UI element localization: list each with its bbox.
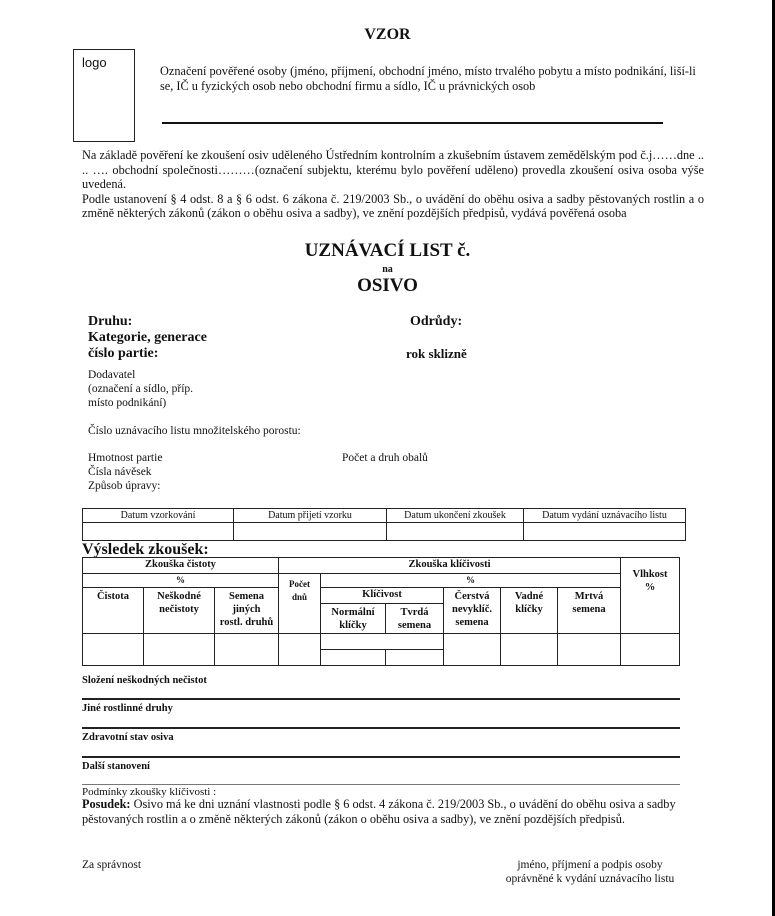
field-druhu[interactable]: Druhu: (88, 314, 132, 330)
neskodne-header: Neškodné nečistoty (144, 588, 215, 634)
signature-label-2: oprávněné k vydání uznávacího listu (470, 872, 710, 886)
vlhkost-header: Vlhkost % (621, 558, 680, 634)
tvrda-header: Tvrdá semena (386, 604, 444, 634)
field-pocet-obalu[interactable]: Počet a druh obalů (342, 451, 428, 465)
value-neskodne[interactable] (144, 634, 215, 666)
cerstva-label-3: semena (444, 616, 500, 629)
intro-paragraph-1: Na základě pověření ke zkoušení osiv udě… (82, 148, 704, 192)
section-zdravotni-stav: Zdravotní stav osiva (82, 732, 174, 743)
field-dodavatel[interactable]: Dodavatel (označení a sídlo, příp. místo… (88, 368, 193, 410)
value-cerstva[interactable] (444, 634, 501, 666)
header-datum-ukonceni: Datum ukončení zkoušek (387, 509, 524, 523)
pocet-label: Počet (279, 578, 320, 591)
semena-jinych-header: Semena jiných rostl. druhů (215, 588, 279, 634)
value-vlhkost[interactable] (621, 634, 680, 666)
logo-placeholder: logo (73, 49, 135, 142)
results-table: Zkouška čistoty Zkouška klíčivosti Vlhko… (82, 557, 680, 666)
document-title: UZNÁVACÍ LIST č. (0, 240, 775, 262)
value-klicivost[interactable] (321, 634, 444, 650)
za-spravnost-label: Za správnost (82, 859, 141, 871)
value-normalni[interactable] (321, 650, 386, 666)
vadne-label-1: Vadné (501, 590, 557, 603)
issuer-designation: Označení pověřené osoby (jméno, příjmení… (160, 64, 700, 94)
pocet-dnu-header: Počet dnů (279, 574, 321, 634)
germination-group-header: Zkouška klíčivosti (279, 558, 621, 574)
field-kategorie[interactable]: Kategorie, generace (88, 330, 207, 346)
posudek-text: Posudek: Osivo má ke dni uznání vlastnos… (82, 797, 682, 827)
document-title-na: na (0, 264, 775, 275)
header-datum-vzorkovani: Datum vzorkování (83, 509, 234, 523)
signature-block[interactable]: jméno, příjmení a podpis osoby oprávněné… (470, 858, 710, 886)
field-cislo-partie[interactable]: číslo partie: (88, 346, 158, 362)
signature-label-1: jméno, příjmení a podpis osoby (470, 858, 710, 872)
logo-label: logo (82, 55, 107, 70)
tvrda-label-2: semena (386, 619, 443, 632)
header-datum-prijeti: Datum přijetí vzorku (234, 509, 387, 523)
input-datum-vydani[interactable] (524, 523, 686, 541)
section-zdravotni-stav-line[interactable] (82, 756, 680, 758)
document-subtitle: OSIVO (0, 275, 775, 297)
section-dalsi-stanoveni-line[interactable] (82, 784, 680, 785)
semena-label-1: Semena (215, 590, 278, 603)
normalni-header: Normální klíčky (321, 604, 386, 634)
header-datum-vydani: Datum vydání uznávacího listu (524, 509, 686, 523)
input-datum-ukonceni[interactable] (387, 523, 524, 541)
dates-table: Datum vzorkování Datum přijetí vzorku Da… (82, 508, 686, 541)
vlhkost-unit: % (621, 581, 679, 594)
vadne-label-2: klíčky (501, 603, 557, 616)
value-tvrda[interactable] (386, 650, 444, 666)
value-vadne[interactable] (501, 634, 558, 666)
section-slozeni: Složení neškodných nečistot (82, 675, 207, 686)
normalni-label-1: Normální (321, 606, 385, 619)
input-datum-prijeti[interactable] (234, 523, 387, 541)
cerstva-label-1: Čerstvá (444, 590, 500, 603)
mrtva-header: Mrtvá semena (558, 588, 621, 634)
dnu-label: dnů (279, 591, 320, 604)
purity-percent: % (83, 574, 279, 588)
normalni-label-2: klíčky (321, 619, 385, 632)
cerstva-header: Čerstvá nevyklíč. semena (444, 588, 501, 634)
cistota-header: Čistota (83, 588, 144, 634)
vlhkost-label: Vlhkost (621, 568, 679, 581)
purity-group-header: Zkouška čistoty (83, 558, 279, 574)
intro-paragraph-2: Podle ustanovení § 4 odst. 8 a § 6 odst.… (82, 192, 704, 221)
dodavatel-hint-1: (označení a sídlo, příp. (88, 382, 193, 396)
value-mrtva[interactable] (558, 634, 621, 666)
field-rok-sklizne[interactable]: rok sklizně (406, 346, 467, 362)
watermark-vzor: VZOR (0, 26, 775, 44)
value-cistota[interactable] (83, 634, 144, 666)
issuer-signature-line[interactable] (162, 122, 663, 124)
posudek-body: Osivo má ke dni uznání vlastnosti podle … (82, 797, 676, 826)
field-odrudy[interactable]: Odrůdy: (410, 314, 462, 330)
semena-label-3: rostl. druhů (215, 616, 278, 629)
field-cisla-navesek[interactable]: Čísla návěsek (88, 465, 152, 479)
posudek-label: Posudek: (82, 797, 131, 811)
germination-percent: % (321, 574, 621, 588)
section-slozeni-line[interactable] (82, 698, 680, 700)
vadne-header: Vadné klíčky (501, 588, 558, 634)
section-jine-druhy: Jiné rostlinné druhy (82, 703, 173, 714)
dodavatel-label: Dodavatel (88, 368, 193, 382)
cerstva-label-2: nevyklíč. (444, 603, 500, 616)
field-zpusob-upravy[interactable]: Způsob úpravy: (88, 479, 161, 493)
field-hmotnost[interactable]: Hmotnost partie (88, 451, 162, 465)
value-pocet-dnu[interactable] (279, 634, 321, 666)
mrtva-label-1: Mrtvá (558, 590, 620, 603)
dodavatel-hint-2: místo podnikání) (88, 396, 193, 410)
section-dalsi-stanoveni: Další stanovení (82, 761, 150, 772)
mrtva-label-2: semena (558, 603, 620, 616)
klicivost-header: Klíčivost (321, 588, 444, 604)
value-semena-jinych[interactable] (215, 634, 279, 666)
field-cislo-listu[interactable]: Číslo uznávacího listu množitelského por… (88, 424, 301, 438)
semena-label-2: jiných (215, 603, 278, 616)
tvrda-label-1: Tvrdá (386, 606, 443, 619)
section-jine-druhy-line[interactable] (82, 727, 680, 729)
input-datum-vzorkovani[interactable] (83, 523, 234, 541)
intro-text: Na základě pověření ke zkoušení osiv udě… (82, 148, 704, 221)
